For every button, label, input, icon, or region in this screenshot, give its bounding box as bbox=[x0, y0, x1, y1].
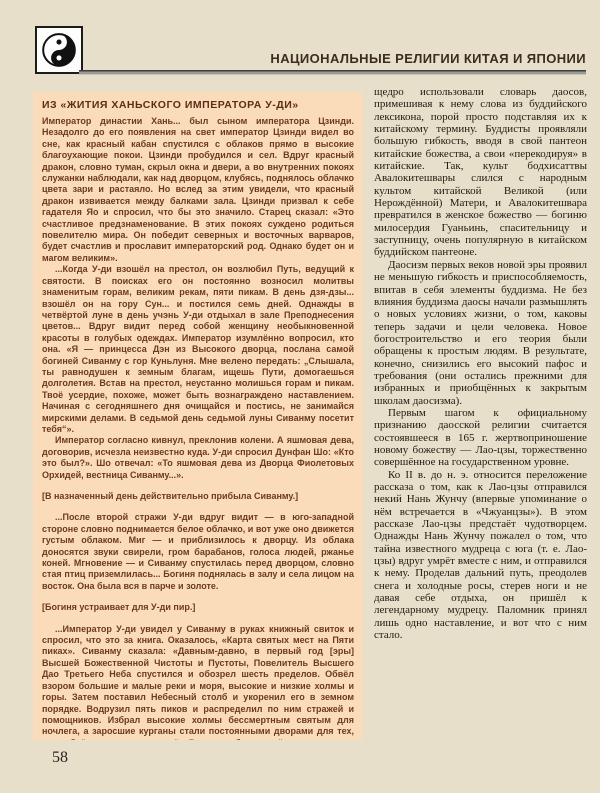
excerpt-paragraph: ...После второй стражи У-ди вдруг видит … bbox=[42, 512, 354, 592]
excerpt-paragraph: ...Император У-ди увидел у Сиванму в рук… bbox=[42, 624, 354, 740]
excerpt-title: ИЗ «ЖИТИЯ ХАНЬСКОГО ИМПЕРАТОРА У-ДИ» bbox=[42, 99, 354, 111]
excerpt-paragraph: Император династии Хань... был сыном имп… bbox=[42, 116, 354, 264]
excerpt-paragraph: Император согласно кивнул, преклонив кол… bbox=[42, 435, 354, 481]
chapter-title: НАЦИОНАЛЬНЫЕ РЕЛИГИИ КИТАЯ И ЯПОНИИ bbox=[270, 51, 586, 66]
body-paragraph: Даосизм первых веков новой эры проявил н… bbox=[374, 259, 587, 407]
yin-yang-icon bbox=[35, 26, 83, 74]
page-number: 58 bbox=[52, 749, 68, 767]
excerpt-box: ИЗ «ЖИТИЯ ХАНЬСКОГО ИМПЕРАТОРА У-ДИ» Имп… bbox=[33, 92, 363, 740]
excerpt-paragraph: ...Когда У-ди взошёл на престол, он возл… bbox=[42, 264, 354, 435]
book-page: НАЦИОНАЛЬНЫЕ РЕЛИГИИ КИТАЯ И ЯПОНИИ ИЗ «… bbox=[0, 0, 600, 793]
body-paragraph: Ко II в. до н. э. относится переложение … bbox=[374, 469, 587, 642]
excerpt-stage-note: [Богиня устраивает для У-ди пир.] bbox=[42, 602, 354, 613]
header-rule bbox=[79, 70, 586, 75]
body-paragraph: Первым шагом к официальному признанию да… bbox=[374, 407, 587, 469]
excerpt-stage-note: [В назначенный день действительно прибыл… bbox=[42, 491, 354, 502]
body-paragraph: щедро использовали словарь даосов, приме… bbox=[374, 86, 587, 259]
main-text-column: щедро использовали словарь даосов, приме… bbox=[374, 86, 587, 746]
